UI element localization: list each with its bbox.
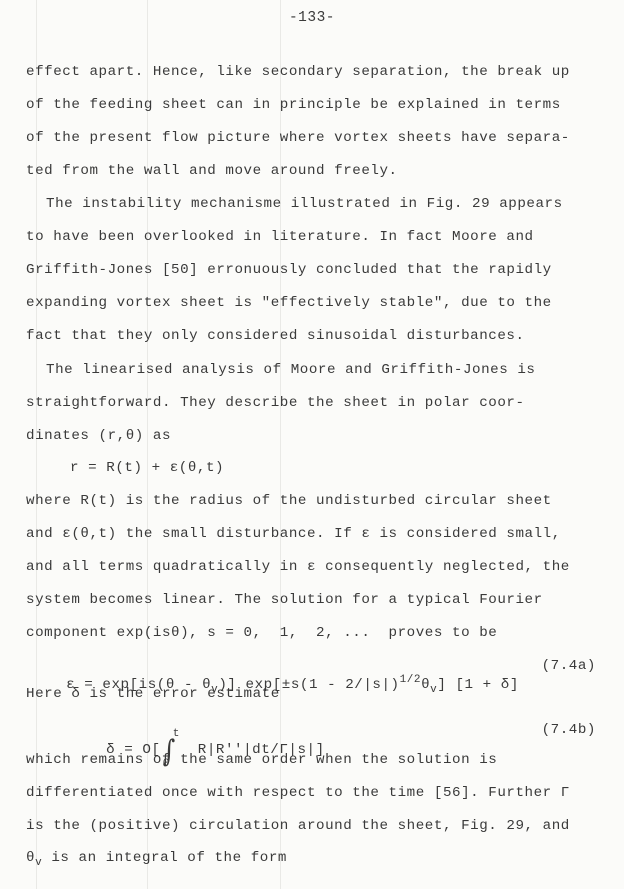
text-line: straightforward. They describe the sheet…: [26, 395, 525, 411]
theta-symbol: θ: [26, 850, 35, 866]
equation-number: (7.4b): [542, 722, 596, 738]
paragraph-start: The instability mechanisme illustrated i…: [46, 196, 563, 212]
eq-part: θ: [421, 677, 430, 693]
paragraph-start: The linearised analysis of Moore and Gri…: [46, 362, 535, 378]
text-line: θv is an integral of the form: [26, 850, 287, 869]
text-line: and ε(θ,t) the small disturbance. If ε i…: [26, 526, 561, 542]
text-line: system becomes linear. The solution for …: [26, 592, 543, 608]
text-line: dinates (r,θ) as: [26, 428, 171, 444]
eq-superscript: 1/2: [400, 674, 421, 686]
text-line: which remains of the same order when the…: [26, 752, 497, 768]
text-fragment: is an integral of the form: [51, 850, 287, 866]
text-line: component exp(isθ), s = 0, 1, 2, ... pro…: [26, 625, 497, 641]
text-line: effect apart. Hence, like secondary sepa…: [26, 64, 570, 80]
equation-number: (7.4a): [542, 658, 596, 674]
eq-subscript: v: [35, 857, 42, 869]
eq-part: ] [1 + δ]: [437, 677, 519, 693]
text-line: differentiated once with respect to the …: [26, 785, 570, 801]
text-line: is the (positive) circulation around the…: [26, 818, 570, 834]
text-line: and all terms quadratically in ε consequ…: [26, 559, 570, 575]
text-line: of the feeding sheet can in principle be…: [26, 97, 561, 113]
equation-r: r = R(t) + ε(θ,t): [70, 460, 224, 476]
text-line: where R(t) is the radius of the undistur…: [26, 493, 552, 509]
text-line: ted from the wall and move around freely…: [26, 163, 398, 179]
text-line: Here δ is the error estimate: [26, 686, 280, 702]
text-line: of the present flow picture where vortex…: [26, 130, 570, 146]
page-number: -133-: [0, 10, 624, 26]
integral-upper-limit: t: [173, 728, 180, 740]
text-line: to have been overlooked in literature. I…: [26, 229, 534, 245]
text-line: fact that they only considered sinusoida…: [26, 328, 525, 344]
text-line: Griffith-Jones [50] erronuously conclude…: [26, 262, 552, 278]
text-line: expanding vortex sheet is "effectively s…: [26, 295, 552, 311]
